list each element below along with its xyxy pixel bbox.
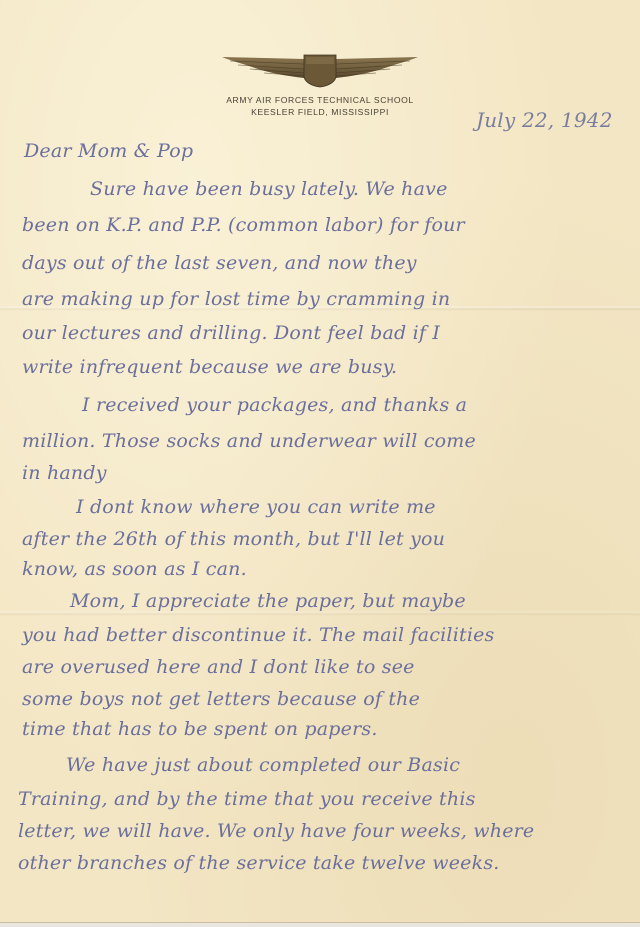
letter-line: our lectures and drilling. Dont feel bad… — [22, 322, 440, 344]
letter-line: Mom, I appreciate the paper, but maybe — [70, 590, 466, 612]
letter-line: letter, we will have. We only have four … — [18, 820, 534, 842]
letter-line: other branches of the service take twelv… — [18, 852, 500, 874]
letter-line: Training, and by the time that you recei… — [18, 788, 476, 810]
letter-line: Sure have been busy lately. We have — [90, 178, 448, 200]
winged-shield-emblem-icon — [220, 52, 420, 88]
letterhead-location: KEESLER FIELD, MISSISSIPPI — [200, 106, 440, 118]
letter-line: some boys not get letters because of the — [22, 688, 420, 710]
letterhead-school-name: ARMY AIR FORCES TECHNICAL SCHOOL — [200, 94, 440, 106]
letter-line: are making up for lost time by cramming … — [22, 288, 450, 310]
letter-line: I received your packages, and thanks a — [82, 394, 467, 416]
letter-line: know, as soon as I can. — [22, 558, 247, 580]
salutation: Dear Mom & Pop — [24, 140, 193, 162]
letter-line: you had better discontinue it. The mail … — [22, 624, 495, 646]
letter-line: been on K.P. and P.P. (common labor) for… — [22, 214, 465, 236]
letter-line: I dont know where you can write me — [76, 496, 436, 518]
letterhead: ARMY AIR FORCES TECHNICAL SCHOOL KEESLER… — [200, 52, 440, 118]
letter-date: July 22, 1942 — [476, 108, 613, 132]
letter-line: in handy — [22, 462, 107, 484]
letter-line: after the 26th of this month, but I'll l… — [22, 528, 445, 550]
letter-line: days out of the last seven, and now they — [22, 252, 417, 274]
letter-line: We have just about completed our Basic — [66, 754, 460, 776]
letter-line: write infrequent because we are busy. — [22, 356, 397, 378]
letter-line: time that has to be spent on papers. — [22, 718, 378, 740]
letter-line: million. Those socks and underwear will … — [22, 430, 476, 452]
letter-line: are overused here and I dont like to see — [22, 656, 415, 678]
letter-page: ARMY AIR FORCES TECHNICAL SCHOOL KEESLER… — [0, 0, 640, 923]
